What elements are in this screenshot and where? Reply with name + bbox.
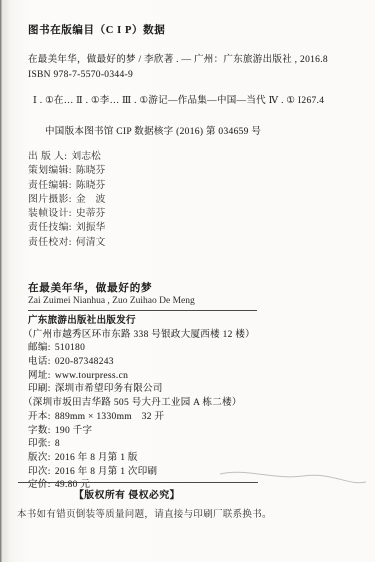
staff-credits-list: 出 版 人:刘志松 策划编辑:陈晓芬 责任编辑:陈晓芬 图片摄影:金 波 装帧设… [28,150,105,250]
credit-label: 策划编辑: [28,165,72,176]
credit-label: 图片摄影: [28,194,72,205]
copyright-notice: 【版权所有 侵权必究】 [74,487,180,501]
imprint-label: 字数: [28,426,51,436]
imprint-row-website: 网址:www.tourpress.cn [28,370,255,384]
credit-label: 责任校对: [28,237,72,248]
imprint-label: 印刷: [28,384,51,394]
printer-address: （深圳市坂田吉华路 505 号大丹工业园 A 栋二楼） [23,397,255,411]
credit-row-responsible-editor: 责任编辑:陈晓芬 [28,179,105,193]
imprint-row-sheets: 印张:8 [28,438,255,452]
imprint-label: 印次: [28,467,51,477]
quality-note: 本书如有错页倒装等质量问题，请直接与印刷厂联系换书。 [17,506,272,520]
imprint-label: 电话: [28,357,51,367]
credit-label: 责任技编: [28,222,72,233]
credit-row-publisher-person: 出 版 人:刘志松 [28,150,105,164]
credit-row-planning-editor: 策划编辑:陈晓芬 [28,164,105,178]
imprint-row-edition: 版次:2016 年 8 月第 1 版 [28,452,255,466]
scan-scratch-artifact [218,466,368,490]
divider-line-bottom [18,482,258,483]
publisher-header: 广东旅游出版社出版发行 [28,315,255,329]
divider-line-top [28,310,257,311]
imprint-value: 8 [55,439,60,449]
imprint-value: 510180 [55,343,85,353]
imprint-row-word-count: 字数:190 千字 [28,425,255,439]
cip-registry-line: 中国版本图书馆 CIP 数据核字 (2016) 第 034659 号 [45,123,261,137]
publisher-address: （广州市越秀区环市东路 338 号银政大厦西楼 12 楼） [23,329,255,343]
imprint-value: 889mm × 1330mm 32 开 [55,412,165,422]
credit-value: 金 波 [76,194,105,205]
credit-value: 陈晓芬 [76,165,105,176]
imprint-value: 2016 年 8 月第 1 版 [55,453,138,463]
cip-classification-line: Ⅰ . ①在… Ⅱ . ①李… Ⅲ . ①游记—作品集—中国—当代 Ⅳ . ① … [33,92,324,106]
credit-row-design: 装帧设计:史蒂芬 [28,207,105,221]
credit-label: 装帧设计: [28,208,72,219]
credit-row-photography: 图片摄影:金 波 [28,193,105,207]
imprint-row-printer: 印刷:深圳市希望印务有限公司 [28,383,255,397]
imprint-value: 2016 年 8 月第 1 次印刷 [55,467,157,477]
credit-label: 责任编辑: [28,180,72,191]
imprint-label: 开本: [28,412,51,422]
imprint-label: 印张: [28,439,51,449]
imprint-value: 深圳市希望印务有限公司 [55,384,163,394]
credit-row-technical-editor: 责任技编:刘振华 [28,221,105,235]
imprint-label: 邮编: [28,343,51,353]
cip-heading: 图书在版编目（C I P）数据 [28,22,165,37]
imprint-row-format: 开本:889mm × 1330mm 32 开 [28,411,255,425]
imprint-label: 版次: [28,453,51,463]
imprint-value: 020-87348243 [55,357,114,367]
credit-value: 刘志松 [71,151,100,162]
book-title: 在最美年华，做最好的梦 [28,280,152,295]
cip-record-line: 在最美年华，做最好的梦 / 李欣著 . — 广州：广东旅游出版社 , 2016.… [28,51,328,65]
imprint-row-postcode: 邮编:510180 [28,342,255,356]
imprint-value: 190 千字 [55,426,92,436]
credit-value: 何清文 [76,237,105,248]
book-title-pinyin: Zai Zuimei Nianhua , Zuo Zuihao De Meng [28,296,195,306]
credit-value: 刘振华 [76,222,105,233]
isbn-line: ISBN 978-7-5570-0344-9 [28,70,133,80]
book-copyright-page: 图书在版编目（C I P）数据 在最美年华，做最好的梦 / 李欣著 . — 广州… [0,0,375,562]
credit-row-proofreader: 责任校对:何清文 [28,236,105,250]
imprint-label: 网址: [28,371,51,381]
credit-value: 史蒂芬 [76,208,105,219]
imprint-row-phone: 电话:020-87348243 [28,356,255,370]
credit-value: 陈晓芬 [76,180,105,191]
imprint-value: www.tourpress.cn [55,371,128,381]
credit-label: 出 版 人: [28,151,67,162]
